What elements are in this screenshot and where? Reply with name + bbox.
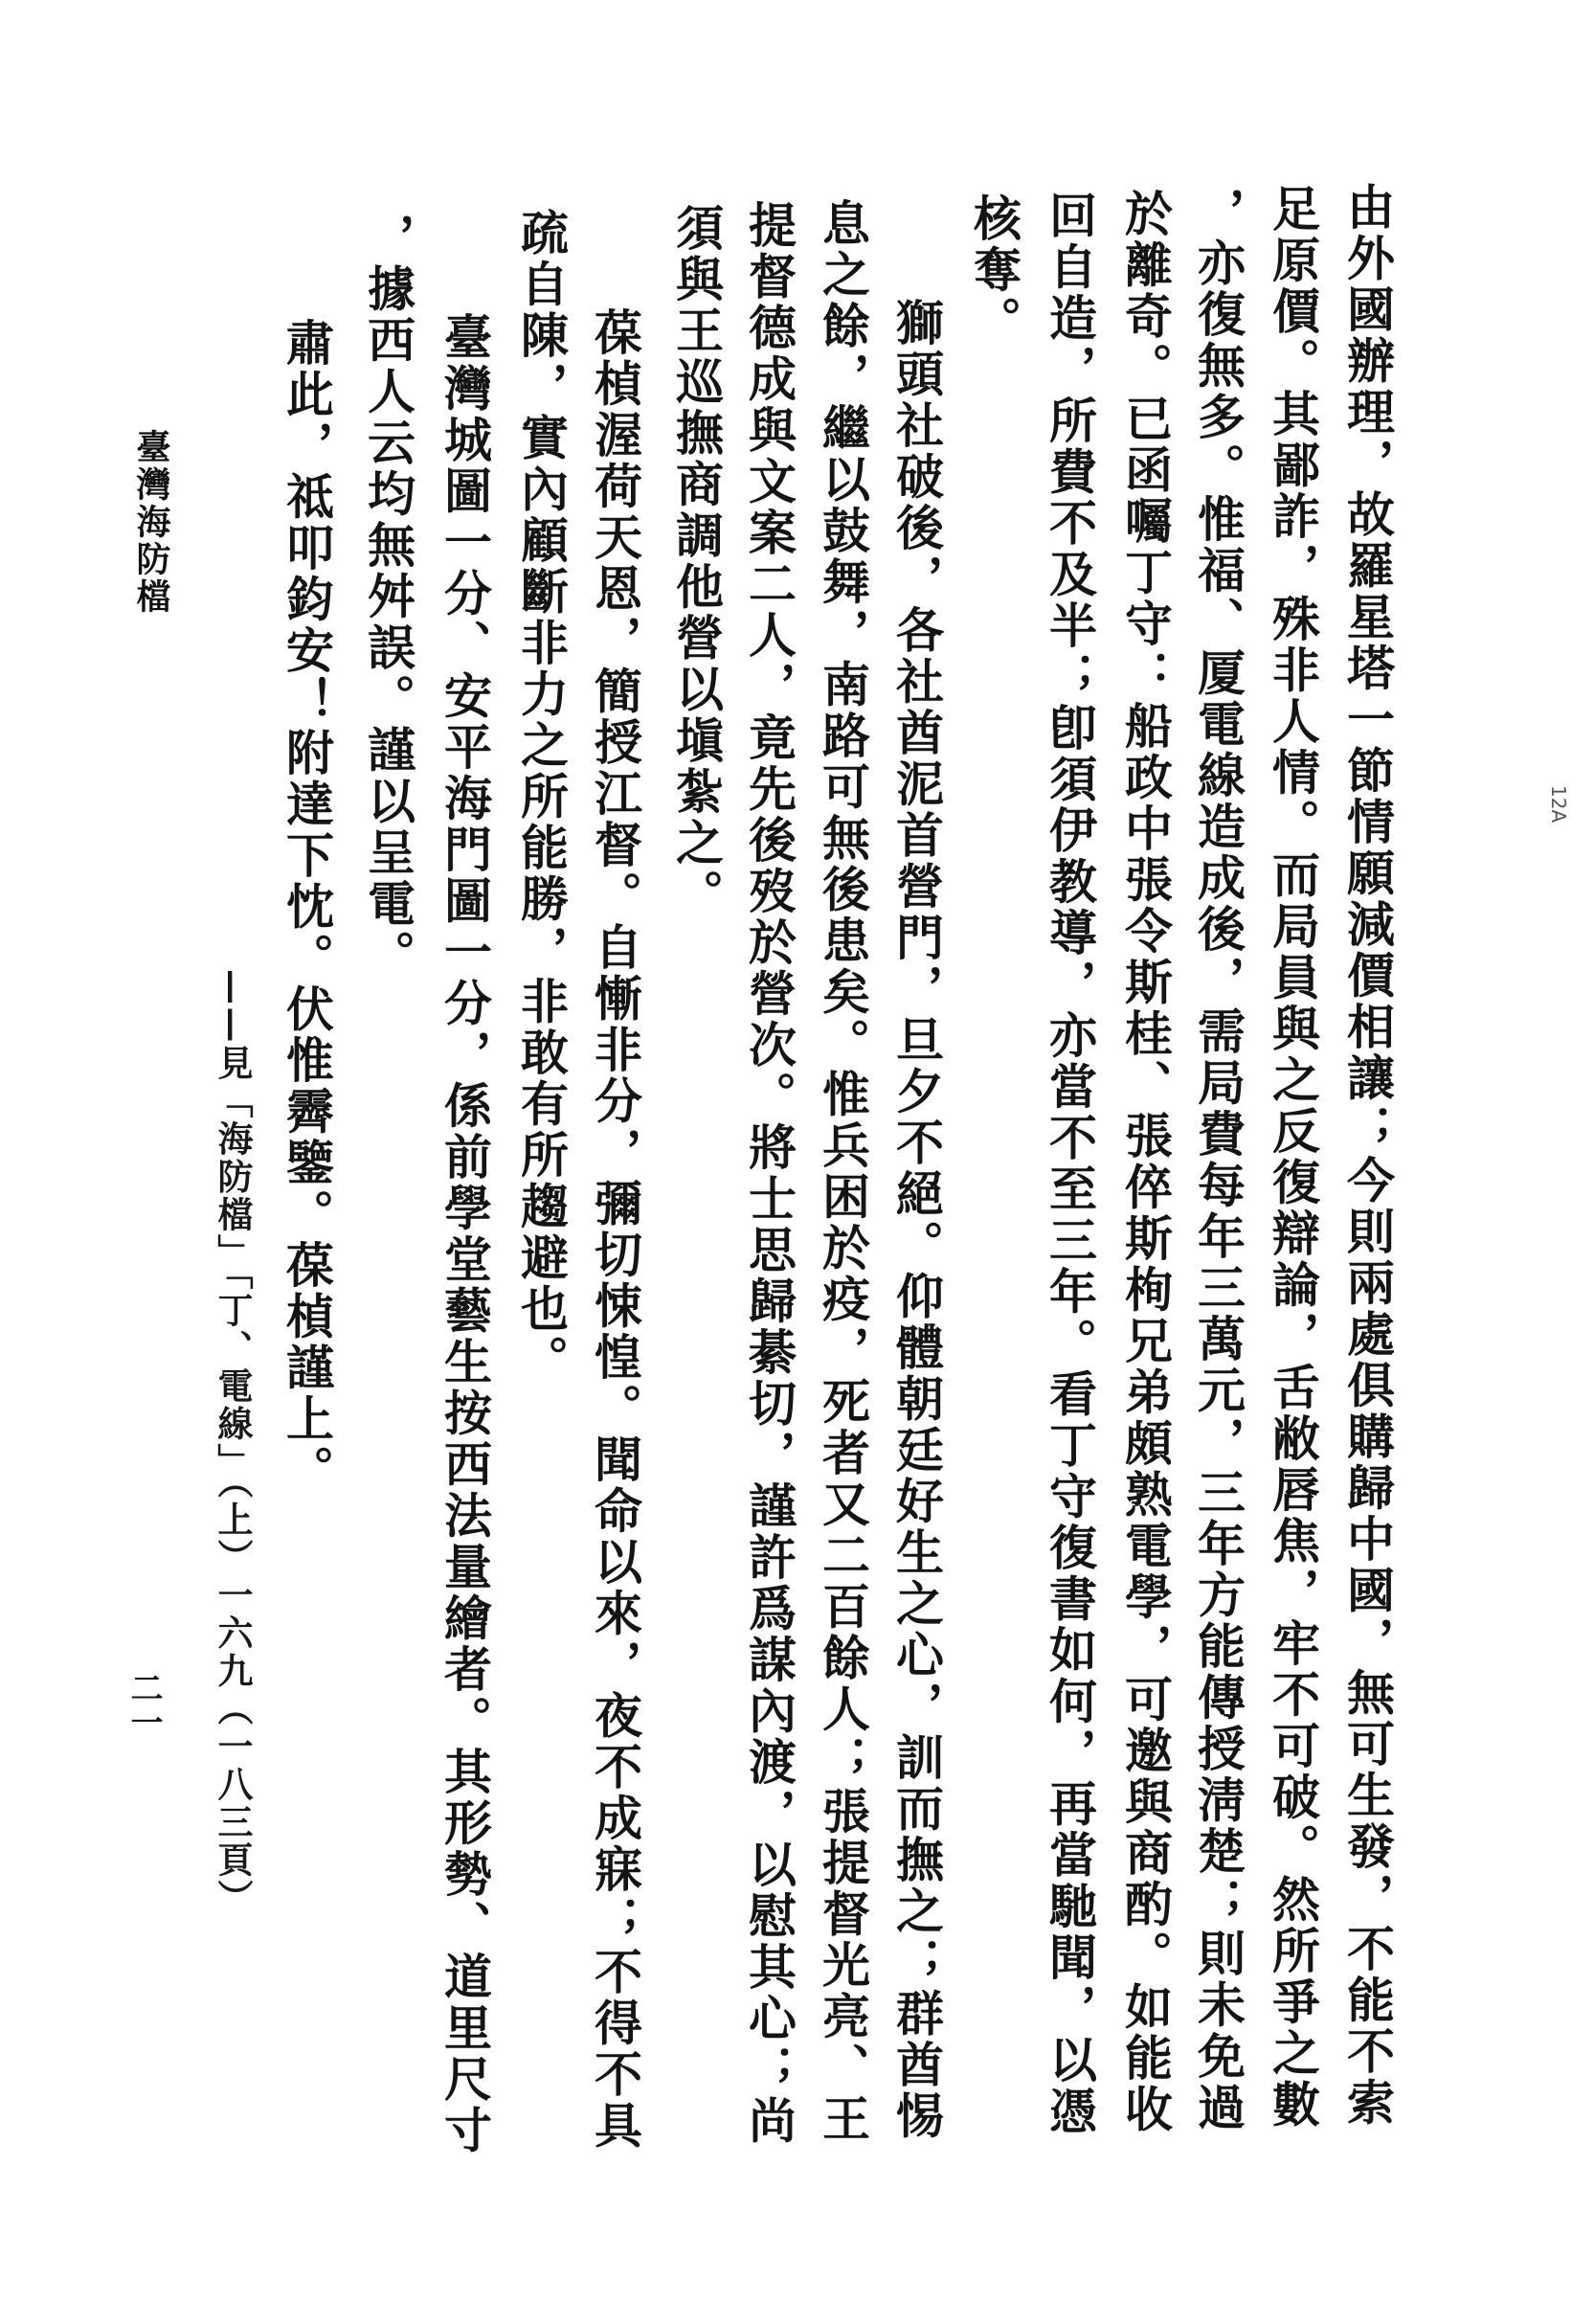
text-column: ，據西人云均無舛誤。謹以呈電。: [362, 213, 414, 981]
paragraph-start-column: 葆楨渥荷天恩，簡授江督。自慚非分，彌切悚惶。聞命以來，夜不成寐；不得不具: [589, 307, 640, 2152]
text-column: ，亦復無多。惟福、厦電線造成後，需局費每年三萬元，三年方能傳授淸楚；則未免過: [1192, 187, 1244, 2133]
text-column: 提督德成與文案二人，竟先後歿於營次。將士思歸綦切，謹許爲謀內渡，以慰其心；尚: [743, 200, 795, 2147]
scanned-book-page: 由外國辦理，故羅星塔一節情願減價相讓；今則兩處俱購歸中國，無可生發，不能不索 足…: [0, 0, 1594, 2324]
paragraph-start-column: 臺灣城圖一分、安平海門圖一分，係前學堂藝生按西法量繪者。其形勢、道里尺寸: [438, 312, 490, 2156]
text-column: 於離奇。已函囑丁守：船政中張令斯桂、張倅斯栒兄弟頗熟電學，可邀與商酌。如能收: [1119, 189, 1171, 2135]
margin-annotation: 12A: [1547, 785, 1570, 823]
text-column: 由外國辦理，故羅星塔一節情願減價相讓；今則兩處俱購歸中國，無可生發，不能不索: [1341, 182, 1393, 2129]
closing-column: 肅此，祗叩鈞安！附達下忱。伏惟霽鑒。葆楨謹上。: [281, 318, 332, 1497]
text-column: 核奪。: [968, 193, 1020, 348]
text-column: 足原價。其鄙詐，殊非人情。而局員與之反復辯論，舌敝唇焦，牢不可破。然所爭之數: [1267, 184, 1318, 2131]
text-column: 疏自陳，實內顧斷非力之所能勝，非敢有所趨避也。: [515, 208, 567, 1387]
page-number: 二一: [124, 1671, 163, 1740]
paragraph-start-column: 獅頭社破後，各社酋泥首營門，旦夕不絕。仰體朝廷好生之心，訓而撫之；群酋惕: [890, 298, 942, 2142]
running-head-title: 臺灣海防檔: [131, 429, 169, 616]
text-column: 須與王巡撫商調他營以塡紮之。: [670, 203, 722, 920]
text-column: 息之餘，繼以鼓舞，南路可無後患矣。惟兵困於疫，死者又二百餘人；張提督光亮、王: [817, 198, 868, 2145]
source-citation: ——見「海防檔」「丁、電線」（上）一六九（一八三頁）: [212, 969, 254, 1917]
text-column: 回自造，所費不及半；卽須伊教導，亦當不至三年。看丁守復書如何，再當馳聞，以憑: [1044, 191, 1095, 2137]
